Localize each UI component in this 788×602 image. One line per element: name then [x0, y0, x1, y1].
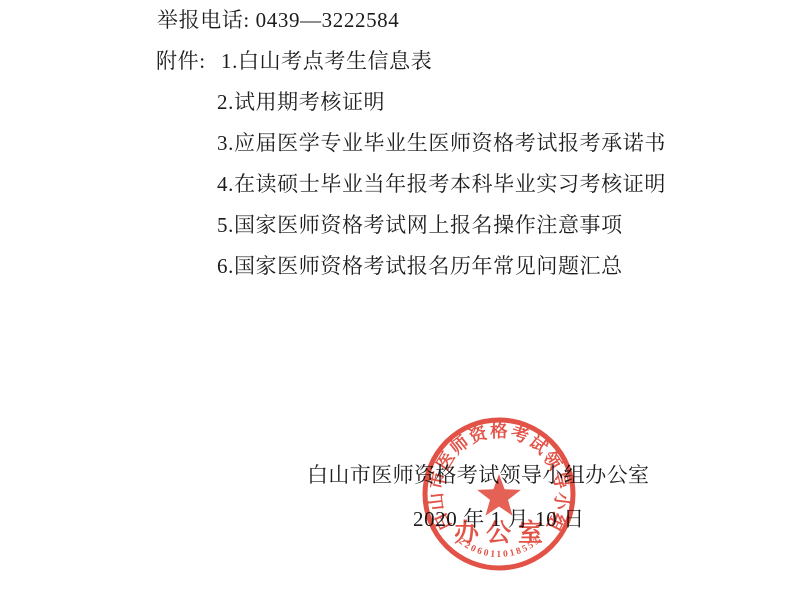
attachments-label: 附件:: [156, 51, 206, 72]
attachment-item-5: 5.国家医师资格考试网上报名操作注意事项: [217, 215, 623, 236]
attachment-item-2: 2.试用期考核证明: [217, 92, 385, 113]
attachment-item-3: 3.应届医学专业毕业生医师资格考试报考承诺书: [217, 133, 666, 154]
attachment-item-6: 6.国家医师资格考试报名历年常见问题汇总: [217, 256, 623, 277]
attachment-item-1: 1.白山考点考生信息表: [221, 51, 432, 72]
official-seal: 白山市医师资格考试领导小组 办公室 2206011018553: [394, 389, 604, 599]
official-notice-page: 举报电话: 0439—3222584 附件: 1.白山考点考生信息表 2.试用期…: [0, 0, 788, 602]
report-phone-line: 举报电话: 0439—3222584: [157, 10, 399, 31]
seal-star-icon: [477, 474, 521, 516]
attachment-item-4: 4.在读硕士毕业当年报考本科毕业实习考核证明: [217, 174, 666, 195]
